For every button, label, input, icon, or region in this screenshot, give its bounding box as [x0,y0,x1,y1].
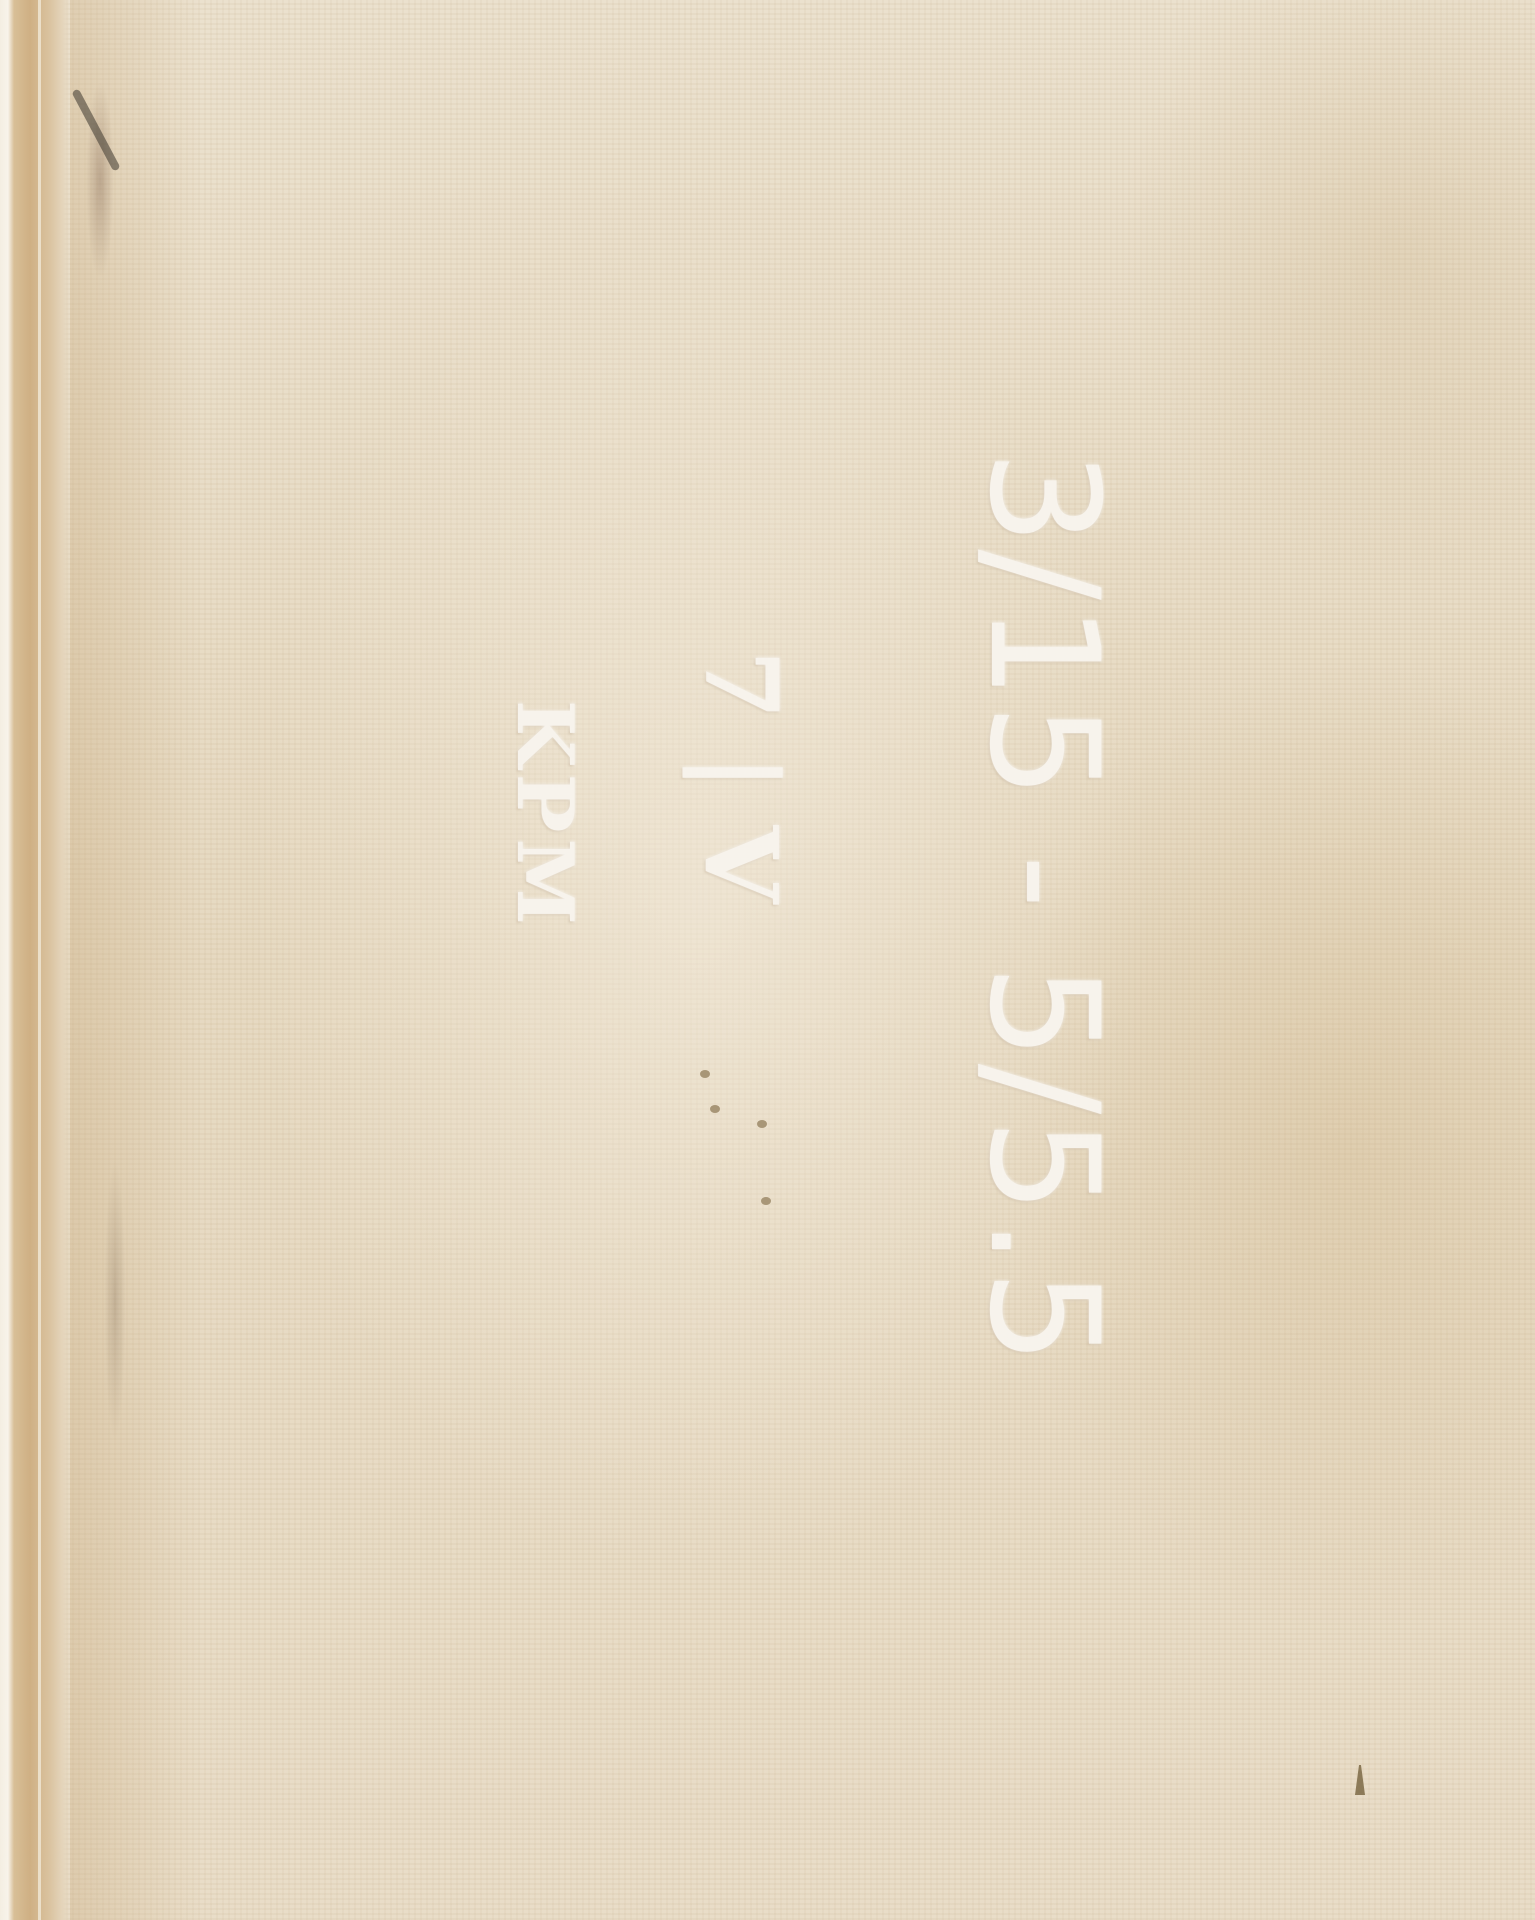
plaque-surface [0,0,1535,1920]
dot [757,1120,767,1128]
dot [700,1070,710,1078]
plaque-edge [0,0,70,1920]
edge-grime [70,0,200,1920]
fraction-mark: 7 | V [682,650,800,903]
dot [761,1197,771,1205]
dot [710,1105,720,1113]
edge-highlight [38,0,41,1920]
kpm-mark: KPM [499,700,590,931]
dimension-mark: 3/15 - 5/5.5 [956,450,1130,1369]
